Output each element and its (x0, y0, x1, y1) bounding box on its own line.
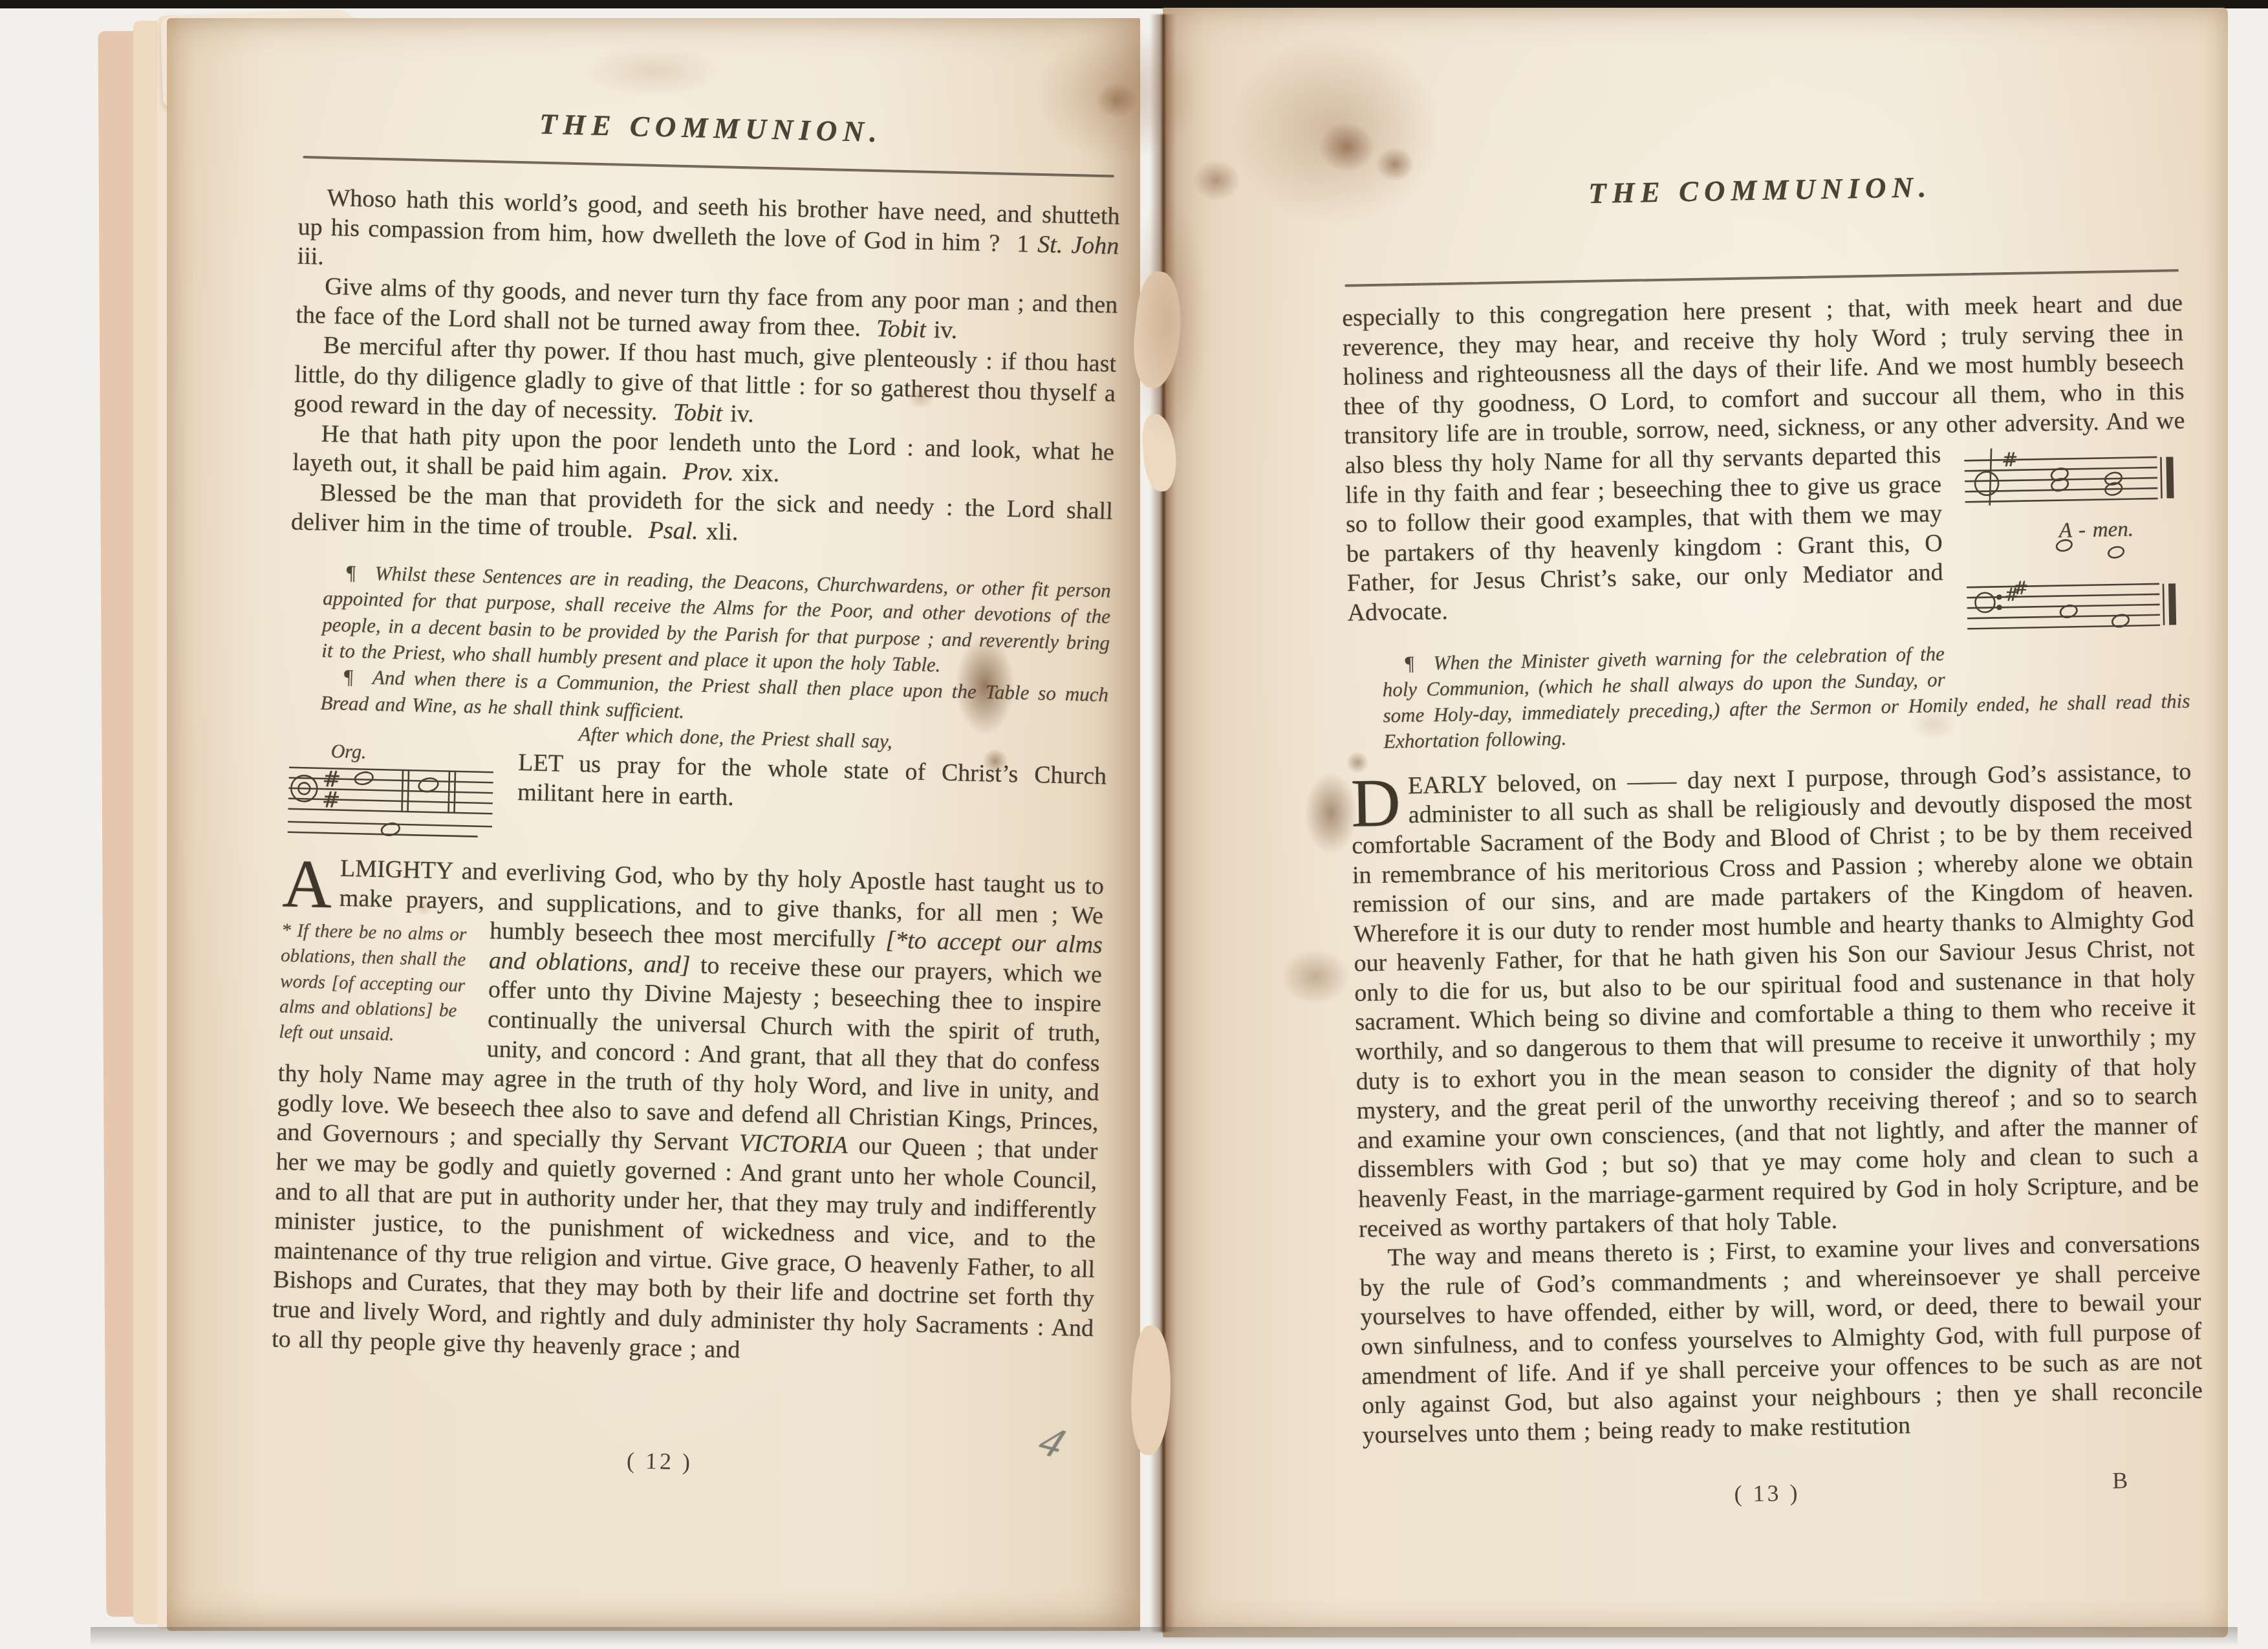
amen-text: A - men. (2031, 517, 2161, 544)
way-and-means-paragraph: The way and means thereto is ; First, to… (1359, 1229, 2203, 1450)
pilcrow-mark: ¶ (1405, 650, 1434, 676)
scripture-ref: Tobit iv. (657, 398, 754, 428)
left-text-column: Whoso hath this world’s good, and seeth … (272, 183, 1120, 1374)
gathering-signature: B (2112, 1467, 2128, 1494)
left-header-rule (303, 156, 1114, 178)
right-page-header: THE COMMUNION. (1339, 166, 2181, 215)
amen-notation-block: # # # A - men. (1959, 440, 2189, 667)
amen-staff-notation: # # # (1959, 440, 2189, 667)
left-page-content: THE COMMUNION. Whoso hath this world’s g… (144, 7, 1155, 1643)
pilcrow-mark: ¶ (346, 560, 375, 587)
right-page-content: THE COMMUNION. especially to this congre… (1151, 0, 2246, 1647)
exhortation-continuation: especially to this congregation here pre… (1342, 288, 2188, 628)
prayer-for-church-militant: ALMIGHTY and everliving God, who by thy … (272, 853, 1105, 1374)
scripture-ref: Prov. xix. (667, 458, 780, 488)
left-page-header: THE COMMUNION. (300, 102, 1122, 155)
right-page: THE COMMUNION. especially to this congre… (1163, 8, 2228, 1637)
organ-staff-block: Org. (283, 743, 499, 845)
organ-label: Org. (330, 740, 367, 764)
left-page: THE COMMUNION. Whoso hath this world’s g… (167, 18, 1140, 1631)
key-signature-sharp: # (321, 787, 340, 814)
key-signature-sharp: # (2002, 449, 2018, 471)
margin-note: * If there be no alms or oblations, then… (279, 918, 471, 1050)
dropcap-D: D (1350, 771, 1409, 831)
organ-staff-notation: # # (283, 743, 499, 845)
scripture-ref: Tobit iv. (861, 315, 958, 345)
organ-intonation-row: Org. (283, 743, 1107, 859)
book-scan: THE COMMUNION. Whoso hath this world’s g… (0, 0, 2268, 1649)
rubric-alms: ¶Whilst these Sentences are in reading, … (288, 559, 1111, 682)
right-page-number: ( 13 ) (1734, 1479, 1800, 1507)
let-us-pray-versicle: LET us pray for the whole state of Chris… (517, 748, 1107, 821)
left-page-number: ( 12 ) (626, 1447, 693, 1475)
sentence-text: Whoso hath this world’s good, and seeth … (297, 184, 1120, 257)
pilcrow-mark: ¶ (344, 664, 373, 691)
exhortation-dearly-beloved: DEARLY beloved, on —— day next I purpose… (1350, 757, 2199, 1244)
dropcap-A: A (282, 853, 341, 912)
pencil-annotation: 4 (1031, 1417, 1072, 1468)
key-signature-sharp: # (2013, 577, 2029, 599)
scan-bottom-shadow (91, 1627, 2238, 1646)
right-text-column: especially to this congregation here pre… (1342, 288, 2203, 1450)
scripture-ref: Psal. xli. (632, 516, 739, 546)
right-header-rule (1345, 269, 2179, 287)
queen-name: VICTORIA (739, 1130, 848, 1159)
